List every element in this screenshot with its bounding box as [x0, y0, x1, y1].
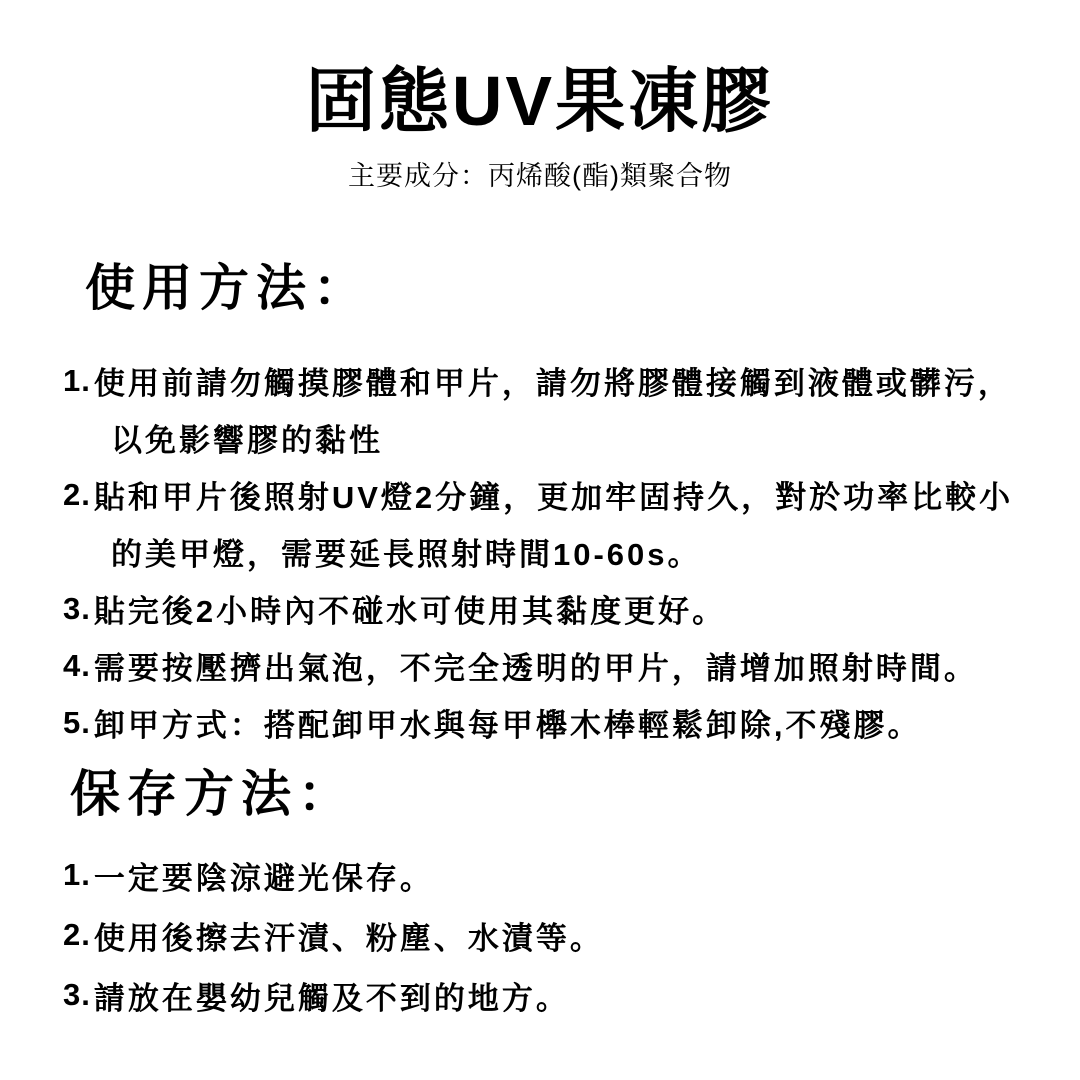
- page-title: 固態UV果凍膠: [0, 64, 1080, 138]
- usage-list: 1. 使用前請勿觸摸膠體和甲片，請勿將膠體接觸到液體或髒污， 以免影響膠的黏性 …: [63, 352, 1013, 751]
- usage-item-2-continuation: 的美甲燈，需要延長照射時間10-60s。: [63, 523, 1013, 580]
- usage-item-3-number: 3.: [63, 591, 91, 627]
- storage-item-1-text: 一定要陰涼避光保存。: [94, 853, 434, 898]
- usage-item-4: 4. 需要按壓擠出氣泡，不完全透明的甲片，請增加照射時間。: [63, 637, 1013, 694]
- storage-list: 1. 一定要陰涼避光保存。 2. 使用後擦去汗漬、粉塵、水漬等。 3. 請放在嬰…: [63, 845, 604, 1025]
- storage-item-3: 3. 請放在嬰幼兒觸及不到的地方。: [63, 965, 604, 1025]
- usage-item-2-text: 貼和甲片後照射UV燈2分鐘，更加牢固持久，對於功率比較小: [94, 472, 1013, 517]
- usage-item-1-text: 使用前請勿觸摸膠體和甲片，請勿將膠體接觸到液體或髒污，: [94, 358, 1012, 403]
- usage-item-3: 3. 貼完後2小時內不碰水可使用其黏度更好。: [63, 580, 1013, 637]
- storage-heading: 保存方法：: [70, 764, 355, 824]
- usage-item-3-text: 貼完後2小時內不碰水可使用其黏度更好。: [94, 586, 726, 631]
- usage-item-1-number: 1.: [63, 363, 91, 399]
- storage-item-2: 2. 使用後擦去汗漬、粉塵、水漬等。: [63, 905, 604, 965]
- storage-item-2-number: 2.: [63, 917, 91, 953]
- storage-item-3-text: 請放在嬰幼兒觸及不到的地方。: [94, 973, 570, 1018]
- storage-item-3-number: 3.: [63, 977, 91, 1013]
- usage-item-5: 5. 卸甲方式：搭配卸甲水與每甲櫸木棒輕鬆卸除,不殘膠。: [63, 694, 1013, 751]
- storage-item-2-text: 使用後擦去汗漬、粉塵、水漬等。: [94, 913, 604, 958]
- usage-item-5-number: 5.: [63, 705, 91, 741]
- usage-item-1: 1. 使用前請勿觸摸膠體和甲片，請勿將膠體接觸到液體或髒污，: [63, 352, 1013, 409]
- storage-item-1-number: 1.: [63, 857, 91, 893]
- usage-item-2-text-continued: 的美甲燈，需要延長照射時間10-60s。: [111, 529, 702, 574]
- usage-item-5-text: 卸甲方式：搭配卸甲水與每甲櫸木棒輕鬆卸除,不殘膠。: [94, 700, 922, 745]
- ingredients-subtitle: 主要成分：丙烯酸(酯)類聚合物: [0, 160, 1080, 192]
- usage-item-2: 2. 貼和甲片後照射UV燈2分鐘，更加牢固持久，對於功率比較小: [63, 466, 1013, 523]
- usage-item-4-number: 4.: [63, 648, 91, 684]
- usage-item-2-number: 2.: [63, 477, 91, 513]
- usage-item-1-text-continued: 以免影響膠的黏性: [111, 415, 383, 460]
- usage-heading: 使用方法：: [85, 258, 370, 318]
- usage-item-4-text: 需要按壓擠出氣泡，不完全透明的甲片，請增加照射時間。: [94, 643, 978, 688]
- usage-item-1-continuation: 以免影響膠的黏性: [63, 409, 1013, 466]
- instruction-sheet: 固態UV果凍膠 主要成分：丙烯酸(酯)類聚合物 使用方法： 1. 使用前請勿觸摸…: [0, 0, 1080, 1080]
- storage-item-1: 1. 一定要陰涼避光保存。: [63, 845, 604, 905]
